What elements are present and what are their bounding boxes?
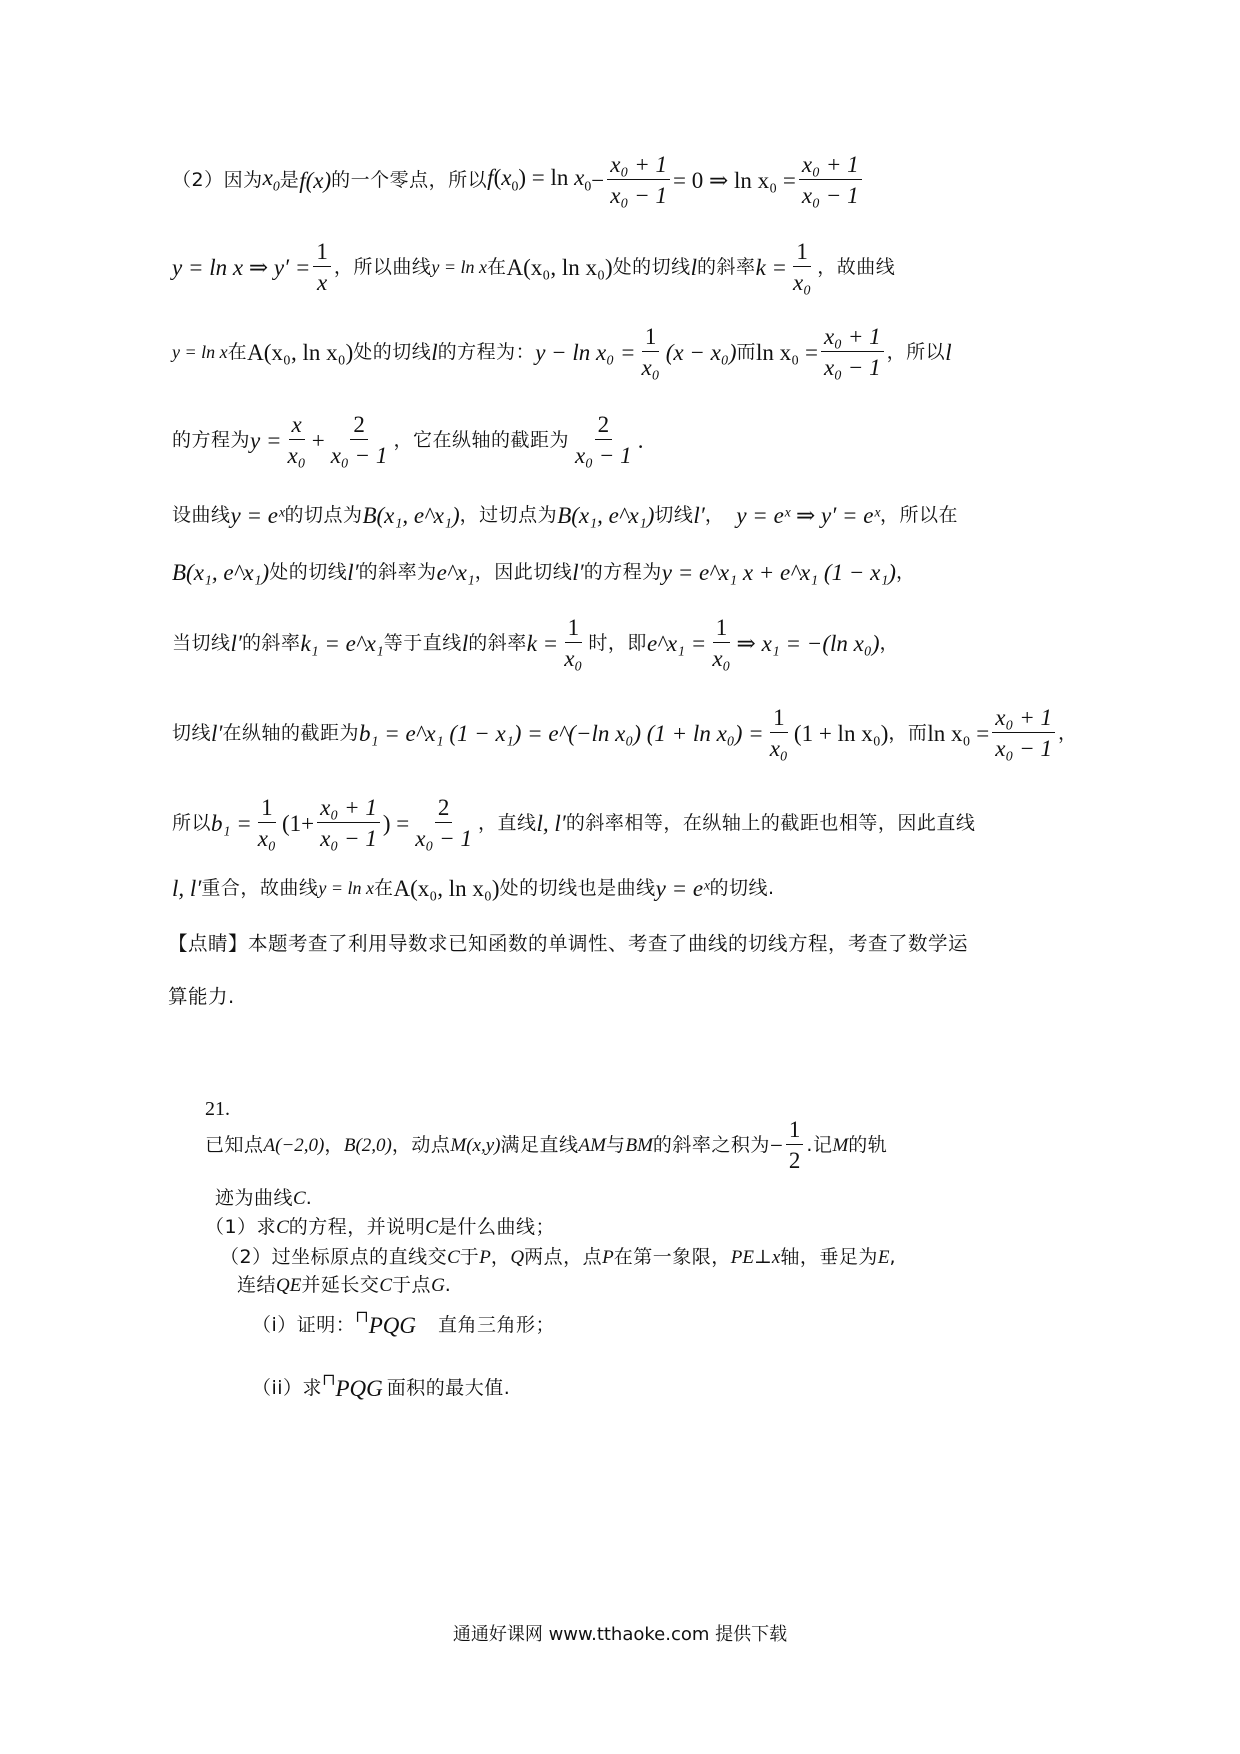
text: 迹为曲线 xyxy=(215,1189,293,1208)
fraction: x₀ + 1x₀ − 1 xyxy=(799,152,862,209)
fraction: 1x₀ xyxy=(790,239,814,296)
text: . xyxy=(638,429,644,452)
math-expr: y = xyxy=(250,429,281,452)
text: 连结 xyxy=(237,1276,276,1295)
math-var: G xyxy=(431,1276,445,1295)
math-expr: b₁ = xyxy=(211,812,252,835)
text: 处的切线 xyxy=(269,563,347,582)
text: ，因此切线 xyxy=(475,563,573,582)
math-l-prime: l′ xyxy=(211,722,222,745)
text: 与 xyxy=(606,1136,626,1155)
math-minus: − xyxy=(770,1134,783,1157)
math-expr: y = eˣ xyxy=(231,504,285,527)
text: 处的切线 xyxy=(353,343,431,362)
math-expr: ln x₀ = xyxy=(927,722,989,745)
text: ，所以 xyxy=(887,343,946,362)
solution-part2-line5: 设曲线 y = eˣ 的切点为 B(x₁, e^x₁) ，过切点为 B(x₁, … xyxy=(172,500,958,530)
footer-text: 通通好课网 www.tthaoke.com 提供下载 xyxy=(453,1624,787,1645)
math-k: k = xyxy=(527,632,558,655)
text: 轴，垂足为 xyxy=(780,1248,878,1267)
math-expr: PE⊥x xyxy=(731,1248,781,1267)
fraction: 2x₀ − 1 xyxy=(412,795,475,852)
solution-part2-line10: l, l′ 重合，故曲线 y = ln x 在 A(x₀, ln x₀) 处的切… xyxy=(172,873,775,903)
text: 等于直线 xyxy=(384,634,462,653)
text: 在 xyxy=(374,879,394,898)
math-var: E xyxy=(878,1248,890,1267)
text: 处的切线 xyxy=(613,258,691,277)
math-expr: y = eˣ ⇒ y′ = eˣ xyxy=(736,504,880,527)
text: . xyxy=(445,1276,452,1295)
text: 所以 xyxy=(172,814,211,833)
math-minus: − xyxy=(591,169,604,192)
text: ， xyxy=(705,506,725,525)
math-var: C xyxy=(425,1218,438,1237)
math-l-prime: l′ xyxy=(231,632,242,655)
fraction: 1x₀ xyxy=(639,324,663,381)
comment-line2: 算能力. xyxy=(168,983,235,1011)
text: 的方程为： xyxy=(438,343,536,362)
math-expr: e^x₁ xyxy=(437,561,475,584)
fraction: x₀ + 1x₀ − 1 xyxy=(317,795,380,852)
text: 的轨 xyxy=(848,1136,887,1155)
text: 在第一象限， xyxy=(614,1248,731,1267)
fraction: 2x₀ − 1 xyxy=(328,412,391,469)
fraction: x₀ + 1x₀ − 1 xyxy=(992,705,1055,762)
math-var: QE xyxy=(276,1276,301,1295)
text: 的斜率 xyxy=(468,634,527,653)
problem21-qi: （i）证明： ⊓ PQG 直角三角形； xyxy=(252,1310,555,1340)
text: 在纵轴的截距为 xyxy=(222,724,359,743)
math-point-a: A(x₀, ln x₀) xyxy=(393,877,499,900)
fraction: 1x₀ xyxy=(767,705,791,762)
math-curve: y = ln x xyxy=(318,879,374,897)
text: 是什么曲线； xyxy=(438,1218,555,1237)
solution-part2-line6: B(x₁, e^x₁) 处的切线 l′ 的斜率为 e^x₁ ，因此切线 l′ 的… xyxy=(172,557,915,587)
text: ， xyxy=(896,563,916,582)
text: 的斜率 xyxy=(697,258,756,277)
math-l-prime: l′ xyxy=(693,504,704,527)
solution-part2-line7: 当切线 l′ 的斜率 k₁ = e^x₁ 等于直线 l 的斜率 k = 1x₀ … xyxy=(172,613,899,673)
math-l: l xyxy=(945,341,951,364)
math-line: AM xyxy=(579,1136,606,1155)
math-var: C xyxy=(379,1276,392,1295)
math-fx: f(x) xyxy=(299,169,331,192)
math-expr: ln x₀ = xyxy=(756,341,818,364)
text: （ii）求 xyxy=(252,1379,322,1398)
math-expr: (1 + ln x₀) xyxy=(794,722,888,745)
math-k: k = xyxy=(756,256,787,279)
text: ，所以曲线 xyxy=(334,258,432,277)
comment-line1: 【点睛】本题考查了利用导数求已知函数的单调性、考查了曲线的切线方程，考查了数学运 xyxy=(168,930,968,958)
math-point-b: B(x₁, e^x₁) xyxy=(362,504,459,527)
text: , xyxy=(889,1248,896,1267)
solution-part2-line8: 切线 l′ 在纵轴的截距为 b₁ = e^x₁ (1 − x₁) = e^(−l… xyxy=(172,703,1078,763)
text: （2）因为 xyxy=(172,171,263,190)
math-l-prime: l′ xyxy=(572,561,583,584)
math-lines: l, l′ xyxy=(537,812,566,835)
text: ， xyxy=(324,1136,344,1155)
fraction: 1x xyxy=(313,239,331,296)
text: 满足直线 xyxy=(501,1136,579,1155)
text: 于 xyxy=(460,1248,480,1267)
text: ，过切点为 xyxy=(460,506,558,525)
text: 切线 xyxy=(172,724,211,743)
text: ，而 xyxy=(888,724,927,743)
math-var: P xyxy=(602,1248,614,1267)
text: （i）证明： xyxy=(252,1316,355,1335)
text: 处的切线也是曲线 xyxy=(500,879,656,898)
text: ，故曲线 xyxy=(817,258,895,277)
math-expr: (1+ xyxy=(282,812,314,835)
text: . xyxy=(306,1189,313,1208)
text: 【点睛】本题考查了利用导数求已知函数的单调性、考查了曲线的切线方程，考查了数学运 xyxy=(168,934,968,954)
text: 的方程为 xyxy=(172,431,250,450)
math-var: C xyxy=(276,1218,289,1237)
fraction: 2x₀ − 1 xyxy=(572,412,635,469)
math-x0: x0 xyxy=(263,166,280,193)
solution-part2-line4: 的方程为 y = xx₀ + 2x₀ − 1 ，它在纵轴的截距为 2x₀ − 1… xyxy=(172,410,643,470)
math-expr: ⇒ x₁ = −(ln x₀) xyxy=(737,632,880,655)
math-point-b: B(x₁, e^x₁) xyxy=(557,504,654,527)
fraction: x₀ + 1x₀ − 1 xyxy=(821,324,884,381)
problem21-q1: （1）求 C 的方程，并说明 C 是什么曲线； xyxy=(205,1213,555,1241)
math-line: BM xyxy=(625,1136,652,1155)
math-curve: y = ln x xyxy=(172,343,228,361)
text: 重合，故曲线 xyxy=(201,879,318,898)
math-point-a: A(x₀, ln x₀) xyxy=(507,256,613,279)
text: 的斜率 xyxy=(242,634,301,653)
text: 已知点 xyxy=(205,1136,264,1155)
math-implies: = 0 ⇒ ln x₀ = xyxy=(673,169,796,192)
solution-part2-line1: （2）因为 x0 是 f(x) 的一个零点，所以 f(x0) = ln x0 −… xyxy=(172,150,865,210)
fraction: 1x₀ xyxy=(709,615,733,672)
math-expr: (x − x₀) xyxy=(666,341,737,364)
problem21-stem-line2: 迹为曲线 C . xyxy=(215,1184,312,1212)
text: 算能力. xyxy=(168,987,235,1007)
text: 并延长交 xyxy=(301,1276,379,1295)
text: 在 xyxy=(228,343,248,362)
math-expr: e^x₁ = xyxy=(647,632,706,655)
text: 时，即 xyxy=(588,634,647,653)
text: 切线 xyxy=(654,506,693,525)
text: 直角三角形； xyxy=(438,1316,555,1335)
math-point-a: A(x₀, ln x₀) xyxy=(247,341,353,364)
math-var: P xyxy=(479,1248,491,1267)
math-var: C xyxy=(447,1248,460,1267)
text: 的斜率为 xyxy=(359,563,437,582)
text: 两点，点 xyxy=(524,1248,602,1267)
text: ，所以在 xyxy=(880,506,958,525)
math-triangle: PQG xyxy=(369,1314,416,1337)
text: ，直线 xyxy=(478,814,537,833)
math-expr: y = e^x₁ x + e^x₁ (1 − x₁) xyxy=(662,561,896,584)
math-f-x0: f(x0) = ln x0 xyxy=(487,166,591,193)
text: ，它在纵轴的截距为 xyxy=(393,431,569,450)
math-point: A(−2,0) xyxy=(264,1136,325,1155)
math-triangle: PQG xyxy=(335,1377,382,1400)
math-var: Q xyxy=(510,1248,524,1267)
solution-part2-line3: y = ln x 在 A(x₀, ln x₀) 处的切线 l 的方程为： y −… xyxy=(172,322,952,382)
fraction: 1x₀ xyxy=(255,795,279,852)
math-derivative: y = ln x ⇒ y′ = xyxy=(172,256,310,279)
text: 在 xyxy=(487,258,507,277)
fraction: x₀ + 1x₀ − 1 xyxy=(607,152,670,209)
math-plus: + xyxy=(312,429,325,452)
math-var: M xyxy=(832,1136,848,1155)
math-expr: y − ln x₀ = xyxy=(535,341,635,364)
math-l-prime: l′ xyxy=(347,561,358,584)
problem21-qii: （ii）求 ⊓ PQG 面积的最大值. xyxy=(252,1373,510,1403)
text: ， xyxy=(491,1248,511,1267)
problem21-q2-line1: （2）过坐标原点的直线交 C 于 P ， Q 两点，点 P 在第一象限， PE⊥… xyxy=(220,1243,896,1271)
math-expr: b₁ = e^x₁ (1 − x₁) = e^(−ln x₀) (1 + ln … xyxy=(359,722,764,745)
text: 的方程为 xyxy=(584,563,662,582)
solution-part2-line9: 所以 b₁ = 1x₀ (1+ x₀ + 1x₀ − 1 ) = 2x₀ − 1… xyxy=(172,793,975,853)
math-expr: ) = xyxy=(383,812,409,835)
math-curve: y = ln x xyxy=(431,258,487,276)
text: ，动点 xyxy=(392,1136,451,1155)
text: 的斜率之积为 xyxy=(653,1136,770,1155)
text: 的切线. xyxy=(710,879,775,898)
text: 设曲线 xyxy=(172,506,231,525)
text: 的一个零点，所以 xyxy=(331,171,487,190)
fraction: xx₀ xyxy=(285,412,309,469)
text: 是 xyxy=(280,171,300,190)
text: 面积的最大值. xyxy=(387,1379,511,1398)
text: （2）过坐标原点的直线交 xyxy=(220,1248,447,1267)
text: 当切线 xyxy=(172,634,231,653)
problem21-q2-line2: 连结 QE 并延长交 C 于点 G . xyxy=(237,1271,451,1299)
math-point: M(x,y) xyxy=(450,1136,500,1155)
math-expr: y = eˣ xyxy=(656,877,710,900)
math-lines: l, l′ xyxy=(172,877,201,900)
solution-part2-line2: y = ln x ⇒ y′ = 1x ，所以曲线 y = ln x 在 A(x₀… xyxy=(172,237,895,297)
text: .记 xyxy=(806,1136,832,1155)
fraction: 12 xyxy=(786,1117,804,1174)
problem21-stem-line1: 已知点 A(−2,0) ， B(2,0) ，动点 M(x,y) 满足直线 AM … xyxy=(205,1115,887,1175)
text: 的方程，并说明 xyxy=(289,1218,426,1237)
math-point: B(2,0) xyxy=(344,1136,392,1155)
triangle-glyph-icon: ⊓ xyxy=(355,1310,368,1326)
text: 而 xyxy=(737,343,757,362)
math-var: C xyxy=(293,1189,306,1208)
page-footer: 通通好课网 www.tthaoke.com 提供下载 xyxy=(0,1620,1240,1646)
text: （1）求 xyxy=(205,1218,276,1237)
text: 的斜率相等，在纵轴上的截距也相等，因此直线 xyxy=(566,814,976,833)
fraction: 1x₀ xyxy=(561,615,585,672)
text: 的切点为 xyxy=(284,506,362,525)
math-expr: k₁ = e^x₁ xyxy=(300,632,383,655)
triangle-glyph-icon: ⊓ xyxy=(322,1373,335,1389)
text: ， xyxy=(1058,724,1078,743)
math-point-b: B(x₁, e^x₁) xyxy=(172,561,269,584)
text: ， xyxy=(879,634,899,653)
text: 于点 xyxy=(392,1276,431,1295)
